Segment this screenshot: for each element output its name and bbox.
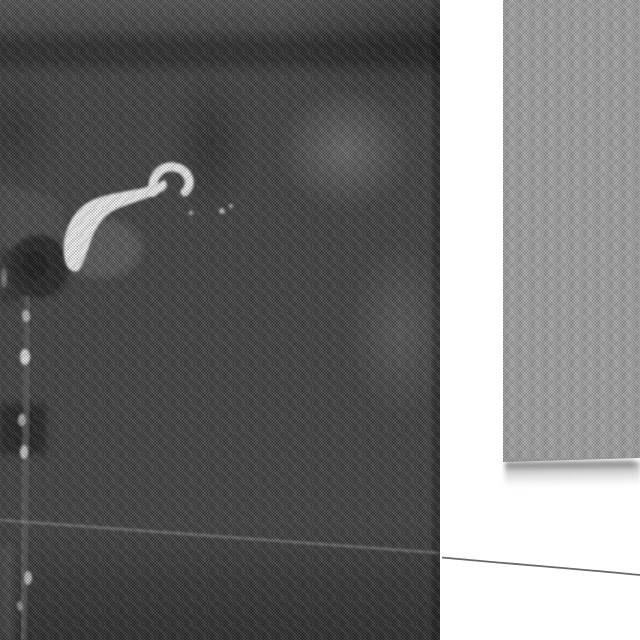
mount-bore-center (22, 251, 48, 279)
spray-droplet (219, 208, 225, 214)
rod-highlight (20, 349, 30, 365)
support-rod (23, 296, 28, 640)
rod-highlight (18, 414, 26, 426)
halftone-print-scene (0, 0, 640, 640)
edge-light-streak (0, 545, 13, 640)
panel-halftone-texture (503, 0, 640, 463)
spray-droplet (189, 211, 193, 215)
light-wire-line (0, 520, 440, 553)
plume-tip-blob (181, 188, 190, 197)
photo-shapes-svg (0, 0, 440, 640)
rod-highlight (17, 601, 23, 611)
rod-highlight (24, 571, 32, 585)
rod-highlight (22, 310, 30, 322)
rod-highlight (20, 445, 28, 459)
bore-edge-highlight (1, 268, 7, 288)
nozzle-photo (0, 0, 440, 640)
spray-droplet (229, 204, 233, 208)
gray-halftone-panel (503, 0, 640, 463)
panel-shadow (505, 462, 640, 487)
